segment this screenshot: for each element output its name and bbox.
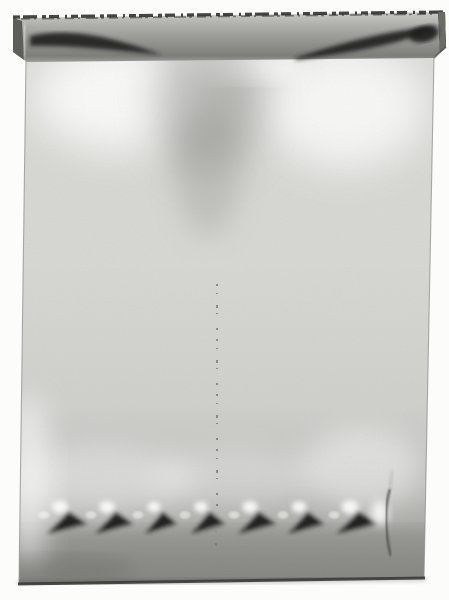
plate-surface (0, 0, 449, 600)
flange-left-highlight (24, 24, 25, 58)
photo-figure (0, 0, 449, 600)
film-grain-light (0, 0, 449, 600)
scanned-photo-page (0, 0, 449, 600)
